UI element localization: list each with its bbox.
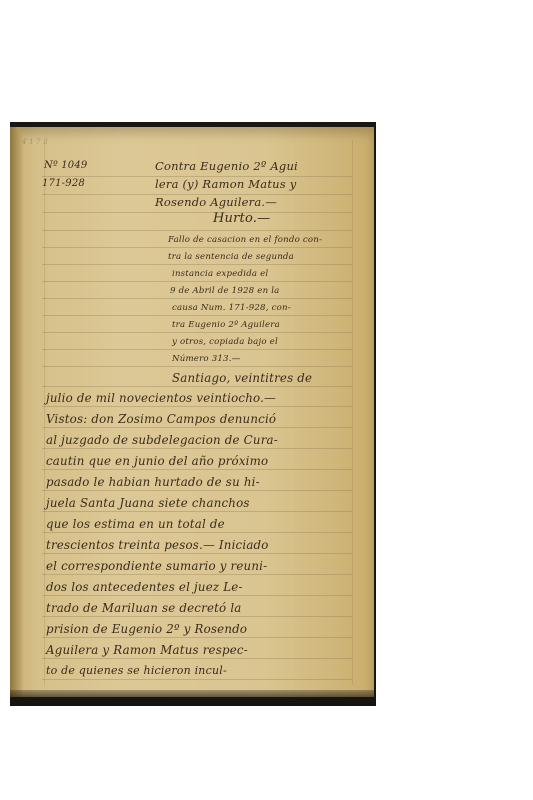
summary-line: instancia expedida el [172,269,268,279]
body-line: cautin que en junio del año próximo [46,454,268,468]
body-line: Santiago, veintitres de [172,371,312,385]
page-bottom-shadow [10,690,376,706]
case-reference: 171-928 [42,178,85,189]
summary-line: tra la sentencia de segunda [168,252,294,262]
header-line: Rosendo Aguilera.— [155,195,277,209]
body-line: al juzgado de subdelegacion de Cura- [46,433,278,447]
body-line: to de quienes se hicieron incul- [46,664,227,677]
case-number: Nº 1049 [44,160,87,171]
summary-line: 9 de Abril de 1928 en la [170,286,280,296]
header-line: lera (y) Ramon Matus y [155,177,296,191]
body-line: trescientos treinta pesos.— Iniciado [46,538,269,552]
body-line: dos los antecedentes el juez Le- [46,580,243,594]
body-line: julio de mil novecientos veintiocho.— [46,391,276,405]
summary-line: causa Num. 171-928, con- [172,303,291,313]
summary-line: tra Eugenio 2º Aguilera [172,320,280,330]
summary-line: Número 313.— [172,354,240,364]
body-line: que los estima en un total de [46,517,225,531]
body-line: Aguilera y Ramon Matus respec- [46,643,248,657]
body-line: Vistos: don Zosimo Campos denunció [46,412,276,426]
body-line: juela Santa Juana siete chanchos [46,496,250,510]
summary-line: y otros, copiada bajo el [172,337,278,347]
page-marker: 4 1 7 3 [22,138,48,146]
header-line: Contra Eugenio 2º Agui [155,159,298,173]
header-title: Hurto.— [213,211,270,226]
summary-line: Fallo de casacion en el fondo con- [168,235,322,245]
body-line: pasado le habian hurtado de su hi- [46,475,260,489]
body-line: el correspondiente sumario y reuni- [46,559,267,573]
body-line: trado de Mariluan se decretó la [46,601,242,615]
body-line: prision de Eugenio 2º y Rosendo [46,622,247,636]
